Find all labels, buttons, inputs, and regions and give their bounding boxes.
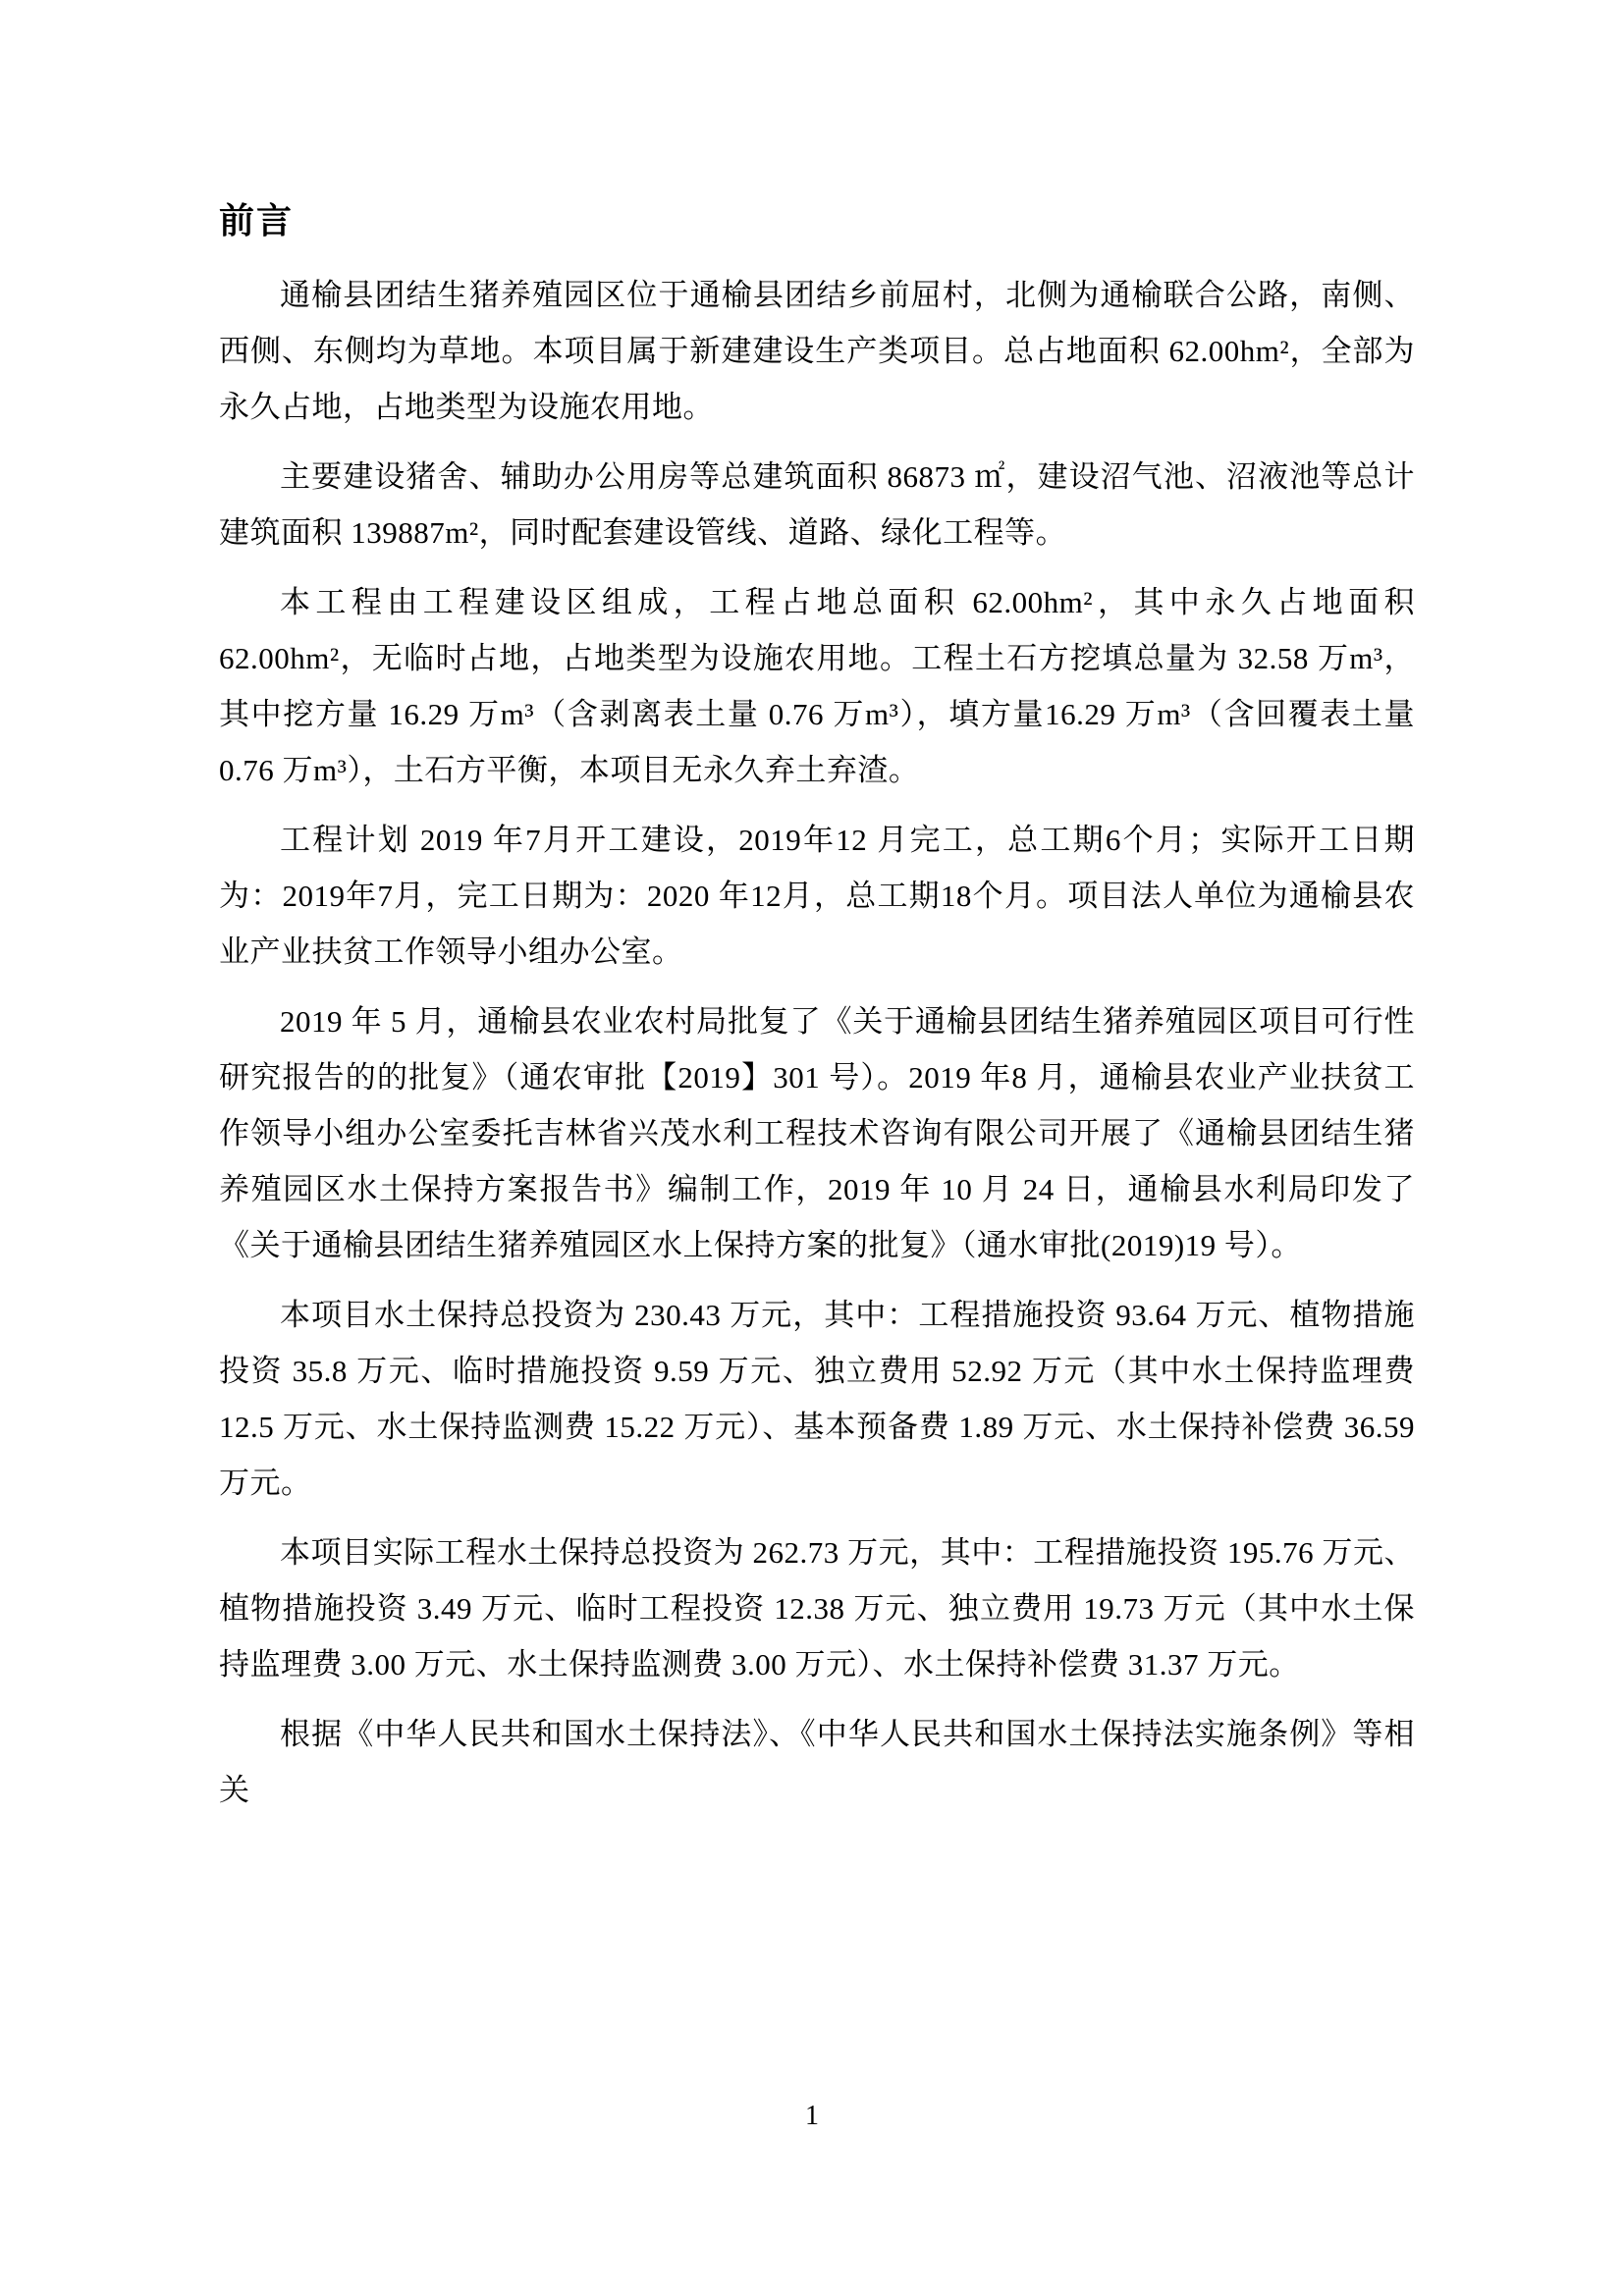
paragraph-earthwork: 本工程由工程建设区组成，工程占地总面积 62.00hm²，其中永久占地面积 62… (219, 574, 1415, 798)
paragraph-legal-basis: 根据《中华人民共和国水土保持法》、《中华人民共和国水土保持法实施条例》等相关 (219, 1706, 1415, 1818)
paragraph-schedule: 工程计划 2019 年7月开工建设，2019年12 月完工，总工期6个月；实际开… (219, 812, 1415, 980)
paragraph-location: 通榆县团结生猪养殖园区位于通榆县团结乡前屈村，北侧为通榆联合公路，南侧、西侧、东… (219, 267, 1415, 435)
paragraph-construction: 主要建设猪舍、辅助办公用房等总建筑面积 86873 ㎡，建设沼气池、沼液池等总计… (219, 449, 1415, 561)
paragraph-approvals: 2019 年 5 月，通榆县农业农村局批复了《关于通榆县团结生猪养殖园区项目可行… (219, 993, 1415, 1273)
paragraph-actual-investment: 本项目实际工程水土保持总投资为 262.73 万元，其中：工程措施投资 195.… (219, 1524, 1415, 1692)
document-page: 前言 通榆县团结生猪养殖园区位于通榆县团结乡前屈村，北侧为通榆联合公路，南侧、西… (219, 194, 1415, 1832)
page-number: 1 (0, 2101, 1624, 2132)
section-heading: 前言 (219, 194, 1415, 249)
paragraph-planned-investment: 本项目水土保持总投资为 230.43 万元，其中：工程措施投资 93.64 万元… (219, 1287, 1415, 1511)
